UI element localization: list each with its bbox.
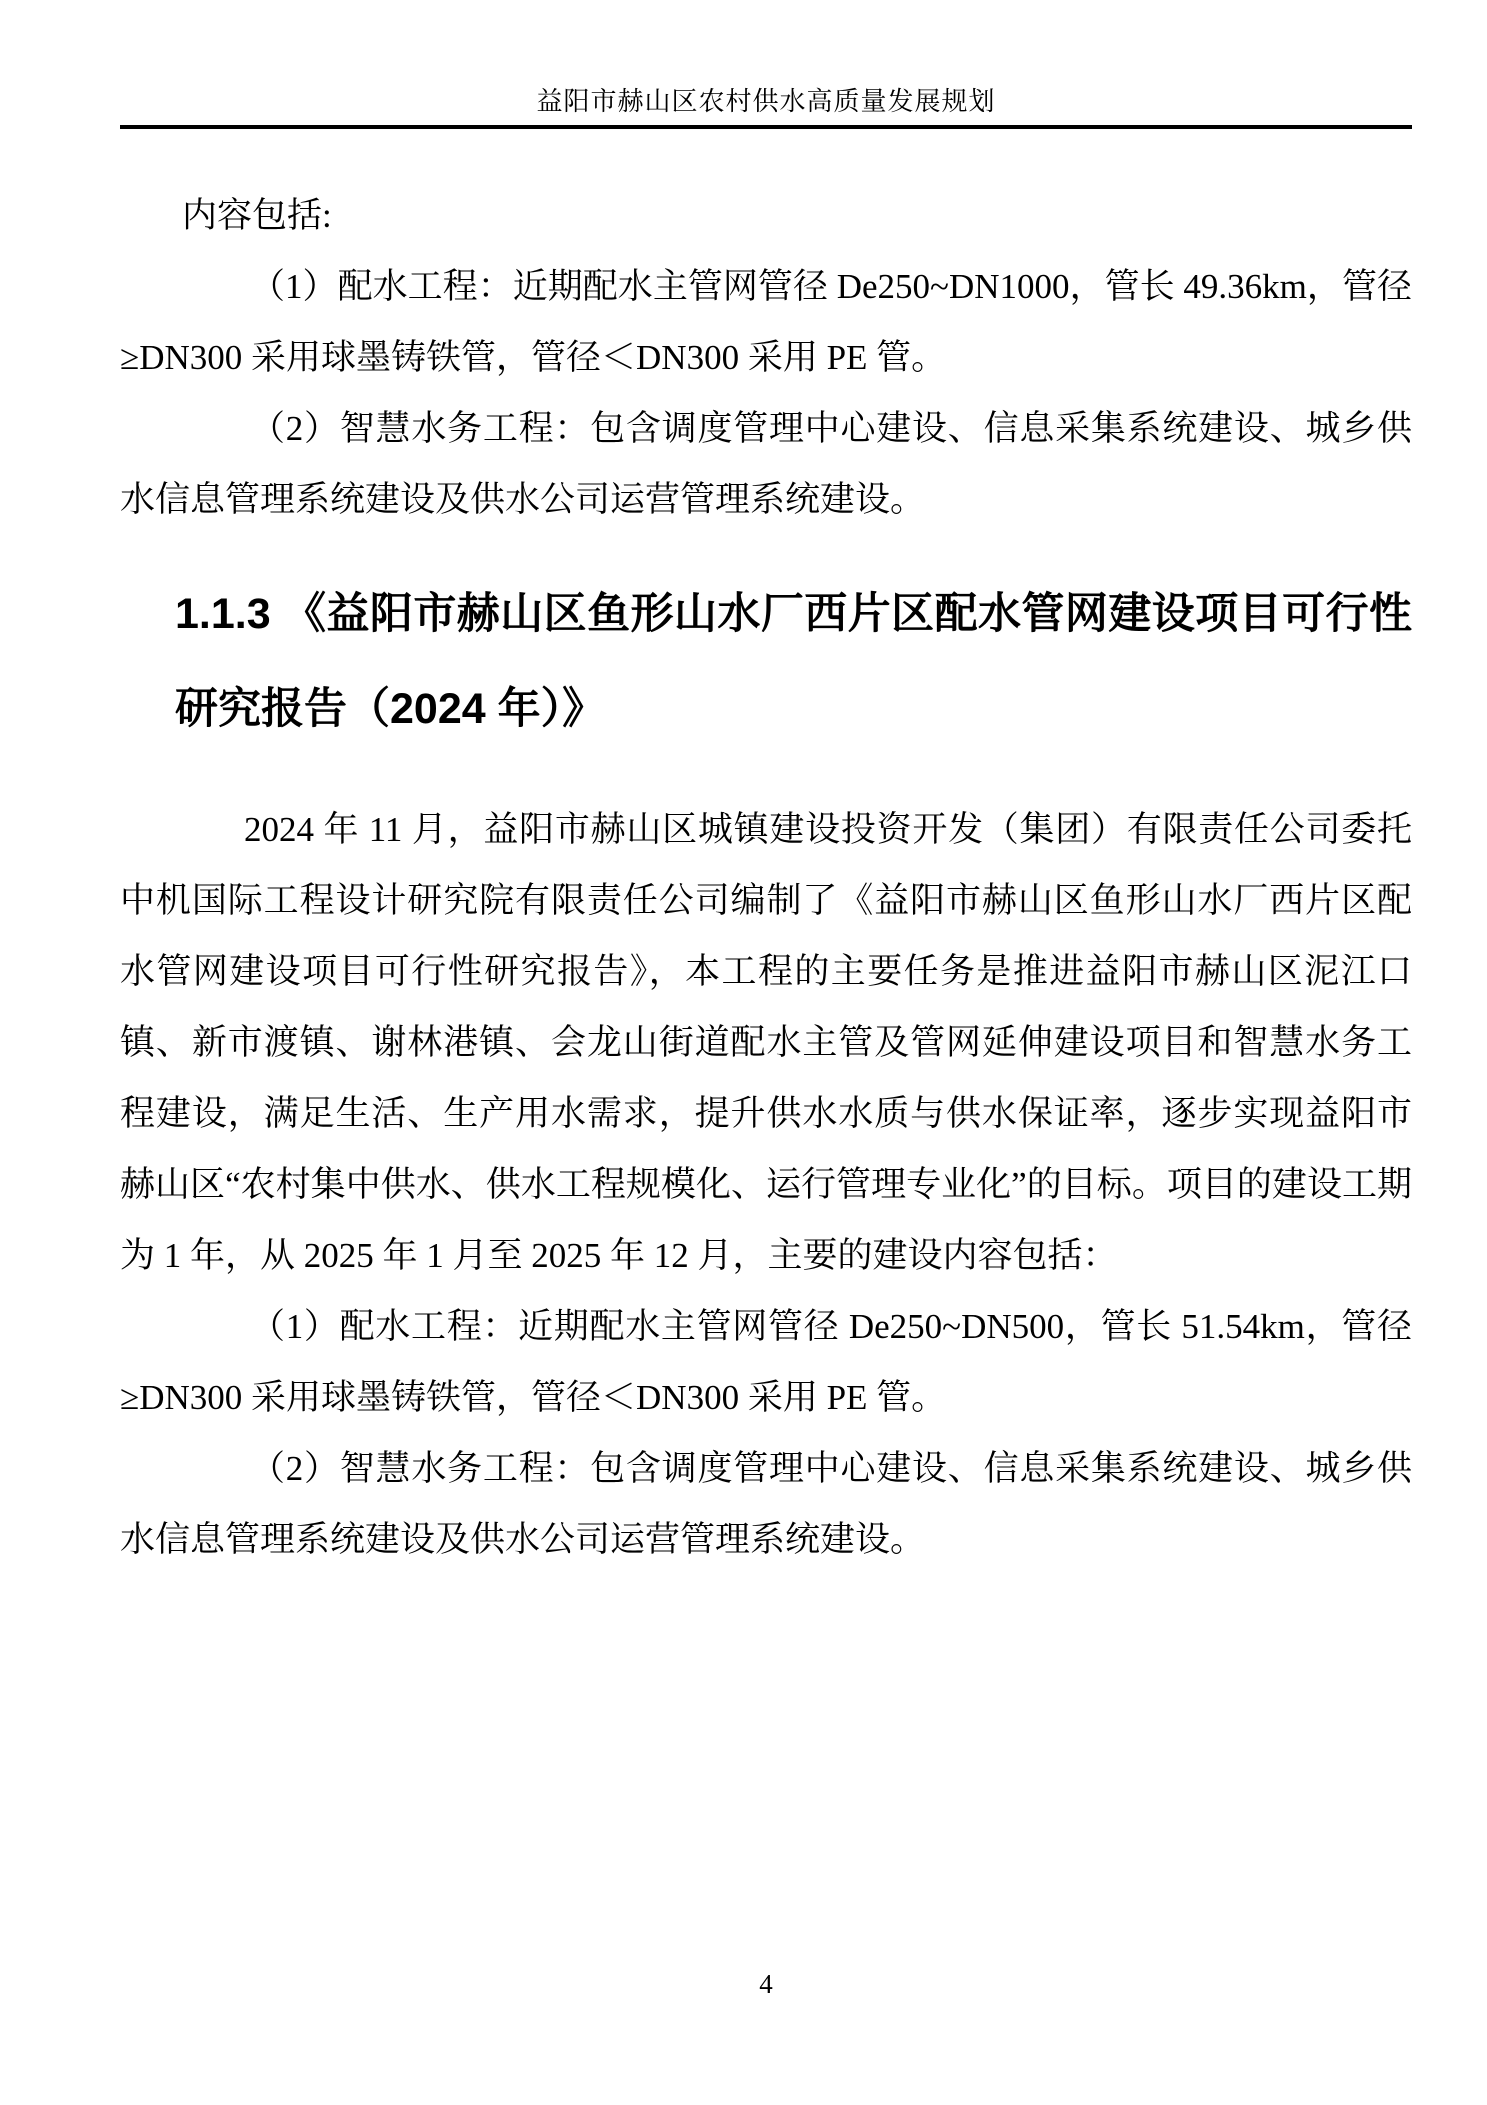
page-header: 益阳市赫山区农村供水高质量发展规划 xyxy=(120,0,1412,129)
paragraph-report-overview: 2024 年 11 月，益阳市赫山区城镇建设投资开发（集团）有限责任公司委托中机… xyxy=(120,794,1412,1291)
document-page: 益阳市赫山区农村供水高质量发展规划 内容包括: （1）配水工程：近期配水主管网管… xyxy=(0,0,1487,2105)
paragraph-intro: 内容包括: xyxy=(120,180,1412,251)
page-footer: 4 xyxy=(120,1957,1412,2011)
list-item-smart-water-a: （2）智慧水务工程：包含调度管理中心建设、信息采集系统建设、城乡供水信息管理系统… xyxy=(120,393,1412,535)
list-item-water-distribution-b: （1）配水工程：近期配水主管网管径 De250~DN500，管长 51.54km… xyxy=(120,1291,1412,1433)
list-item-water-distribution-a: （1）配水工程：近期配水主管网管径 De250~DN1000，管长 49.36k… xyxy=(120,251,1412,393)
header-title: 益阳市赫山区农村供水高质量发展规划 xyxy=(536,88,995,117)
list-item-smart-water-b: （2）智慧水务工程：包含调度管理中心建设、信息采集系统建设、城乡供水信息管理系统… xyxy=(120,1433,1412,1575)
section-heading-1-1-3: 1.1.3 《益阳市赫山区鱼形山水厂西片区配水管网建设项目可行性研究报告（202… xyxy=(120,567,1412,757)
document-body: 内容包括: （1）配水工程：近期配水主管网管径 De250~DN1000，管长 … xyxy=(120,129,1412,1575)
page-number: 4 xyxy=(759,1969,773,1999)
